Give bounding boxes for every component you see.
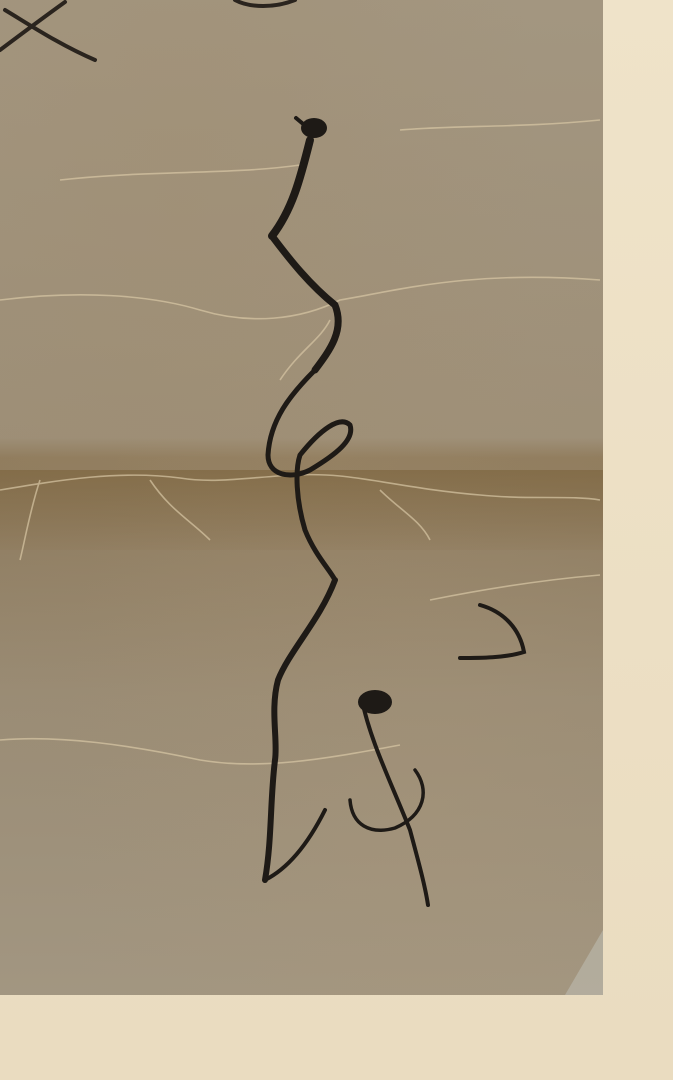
main-cursive-stroke — [265, 118, 351, 880]
ink-blot — [358, 690, 392, 714]
calligraphy-strokes — [0, 0, 673, 1080]
ink-blot-top — [301, 118, 327, 138]
secondary-characters — [350, 605, 524, 905]
paper-cracks — [0, 120, 600, 764]
partial-character-top — [0, 0, 295, 60]
torn-corner — [565, 930, 603, 995]
